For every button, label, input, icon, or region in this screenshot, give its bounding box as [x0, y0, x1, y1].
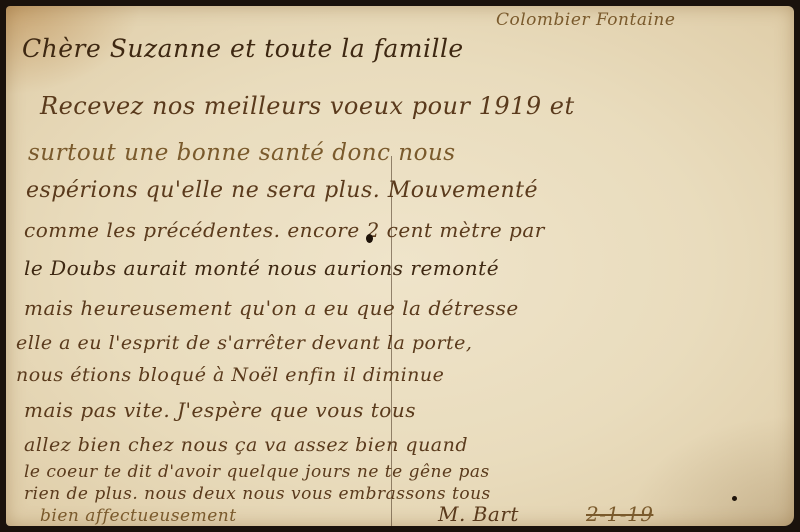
letter-line-7: elle a eu l'esprit de s'arrêter devant l… [16, 332, 472, 354]
letter-line-5: le Doubs aurait monté nous aurions remon… [24, 256, 499, 280]
salutation: Chère Suzanne et toute la famille [22, 34, 464, 63]
letter-line-4: comme les précédentes. encore 2 cent mèt… [24, 218, 545, 242]
signature: M. Bart [438, 502, 519, 526]
letter-line-12: rien de plus. nous deux nous vous embras… [24, 484, 491, 504]
ink-blot [366, 234, 373, 243]
letter-line-8: nous étions bloqué à Noël enfin il dimin… [16, 364, 444, 386]
date: 2-1-19 [586, 502, 653, 526]
letter-line-1: Recevez nos meilleurs voeux pour 1919 et [40, 92, 575, 120]
letter-line-11: le coeur te dit d'avoir quelque jours ne… [24, 462, 490, 482]
location-header: Colombier Fontaine [496, 10, 675, 30]
letter-line-2: surtout une bonne santé donc nous [28, 140, 456, 166]
postcard: Colombier Fontaine Chère Suzanne et tout… [6, 6, 794, 526]
letter-line-10: allez bien chez nous ça va assez bien qu… [24, 434, 468, 456]
letter-line-9: mais pas vite. J'espère que vous tous [24, 398, 416, 422]
letter-line-3: espérions qu'elle ne sera plus. Mouvemen… [26, 178, 538, 203]
ink-dot [732, 496, 737, 501]
letter-line-6: mais heureusement qu'on a eu que la détr… [24, 296, 519, 320]
letter-closing: bien affectueusement [40, 506, 237, 526]
